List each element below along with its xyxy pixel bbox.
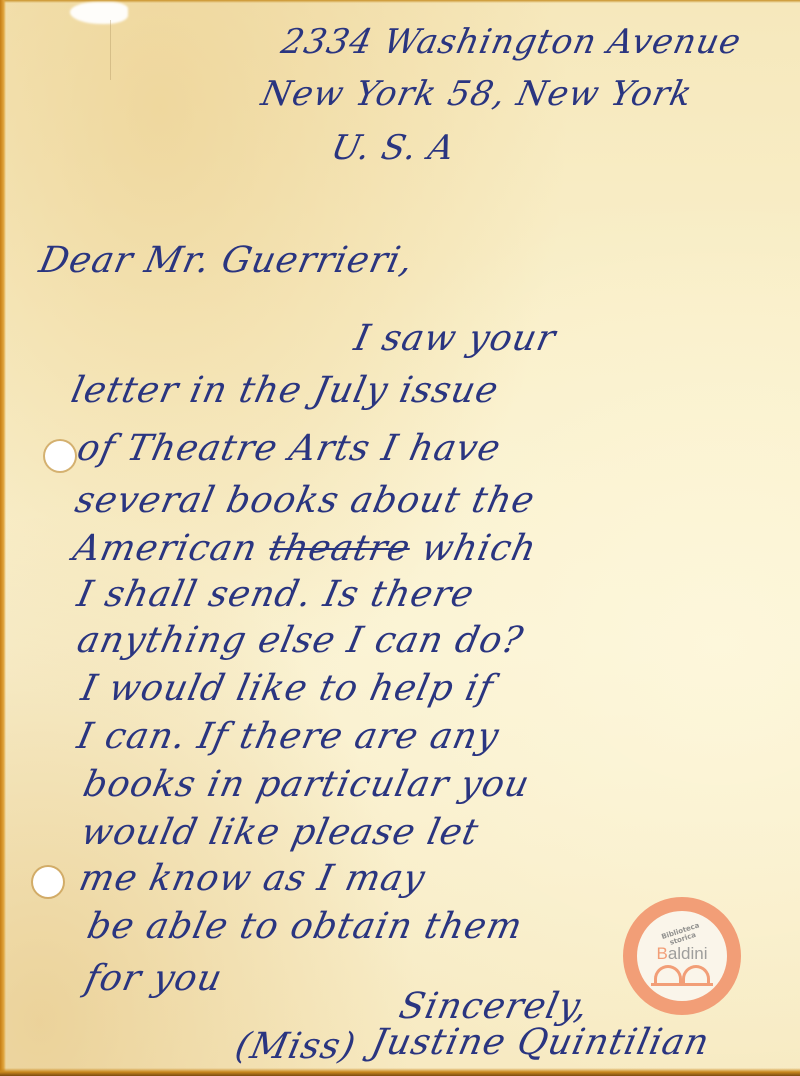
signature-name: Justine Quintilian xyxy=(368,1022,714,1063)
punch-hole-icon xyxy=(33,867,63,897)
paper-tear xyxy=(70,2,128,24)
paper-edge-left xyxy=(0,0,6,1076)
body-line: me know as I may xyxy=(76,858,430,899)
body-line: I saw your xyxy=(351,318,560,359)
letter-page: 2334 Washington Avenue New York 58, New … xyxy=(0,0,800,1076)
library-stamp: Biblioteca storica Baldini xyxy=(623,897,741,1015)
address-line-1: 2334 Washington Avenue xyxy=(278,22,745,62)
book-logo-icon xyxy=(651,964,713,986)
body-line: for you xyxy=(82,958,227,999)
salutation: Dear Mr. Guerrieri, xyxy=(36,240,418,281)
body-line: anything else I can do? xyxy=(74,620,528,661)
paper-edge-bottom xyxy=(0,1068,800,1076)
word: which xyxy=(405,528,540,569)
body-line: several books about the xyxy=(72,480,539,521)
signature-title: (Miss) xyxy=(232,1026,360,1067)
closing: Sincerely, xyxy=(396,986,593,1027)
body-line: I shall send. Is there xyxy=(74,574,478,615)
body-line: I can. If there are any xyxy=(74,716,503,757)
paper-crease xyxy=(110,20,111,80)
body-line: be able to obtain them xyxy=(84,906,527,947)
body-line: letter in the July issue xyxy=(68,370,503,411)
struck-word: theatre xyxy=(265,528,414,569)
body-line: I would like to help if xyxy=(78,668,498,709)
body-line: would like please let xyxy=(78,812,483,853)
punch-hole-icon xyxy=(45,441,75,471)
address-line-2: New York 58, New York xyxy=(258,74,696,114)
body-line: of Theatre Arts I have xyxy=(74,428,505,469)
stamp-name-rest: aldini xyxy=(668,944,708,963)
word: American xyxy=(70,528,274,569)
body-line: books in particular you xyxy=(80,764,534,805)
body-line: American theatre which xyxy=(70,528,541,569)
address-line-3: U. S. A xyxy=(328,128,459,168)
